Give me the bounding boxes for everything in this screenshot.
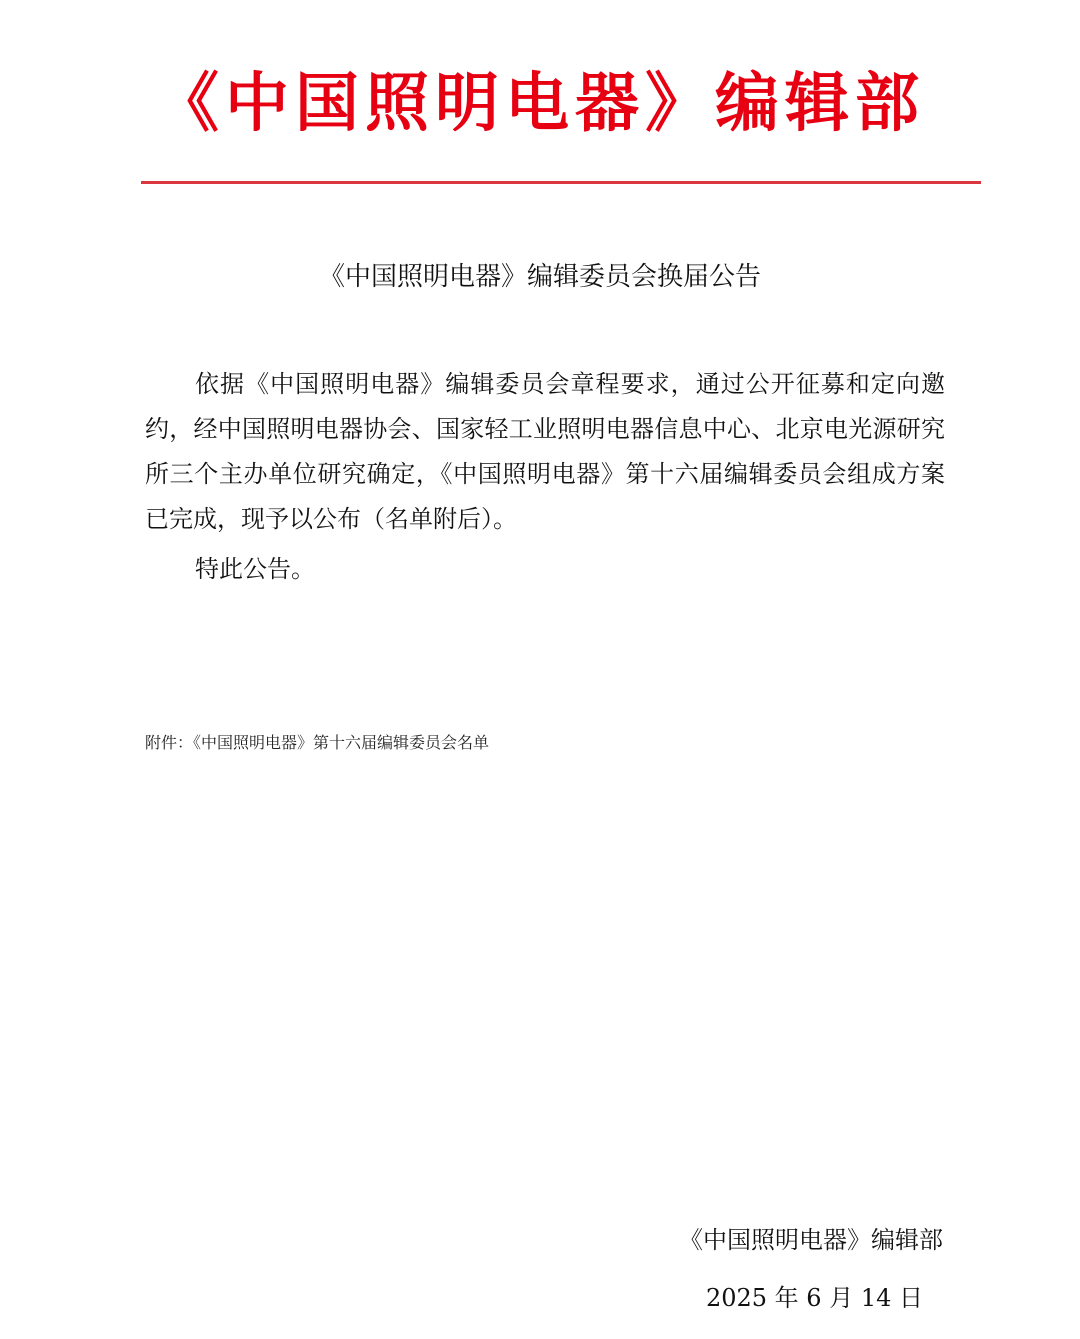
attachment-note: 附件：《中国照明电器》第十六届编辑委员会名单 xyxy=(145,730,489,753)
signature-date: 2025 年 6 月 14 日 xyxy=(706,1278,923,1313)
signature: 《中国照明电器》编辑部 xyxy=(679,1220,943,1255)
header-divider xyxy=(141,181,981,184)
announcement-title: 《中国照明电器》编辑委员会换届公告 xyxy=(0,256,1080,293)
closing-line: 特此公告。 xyxy=(195,547,315,592)
masthead-title: 《中国照明电器》编辑部 xyxy=(0,52,1080,144)
announcement-body: 依据《中国照明电器》编辑委员会章程要求，通过公开征募和定向邀约，经中国照明电器协… xyxy=(145,362,945,542)
